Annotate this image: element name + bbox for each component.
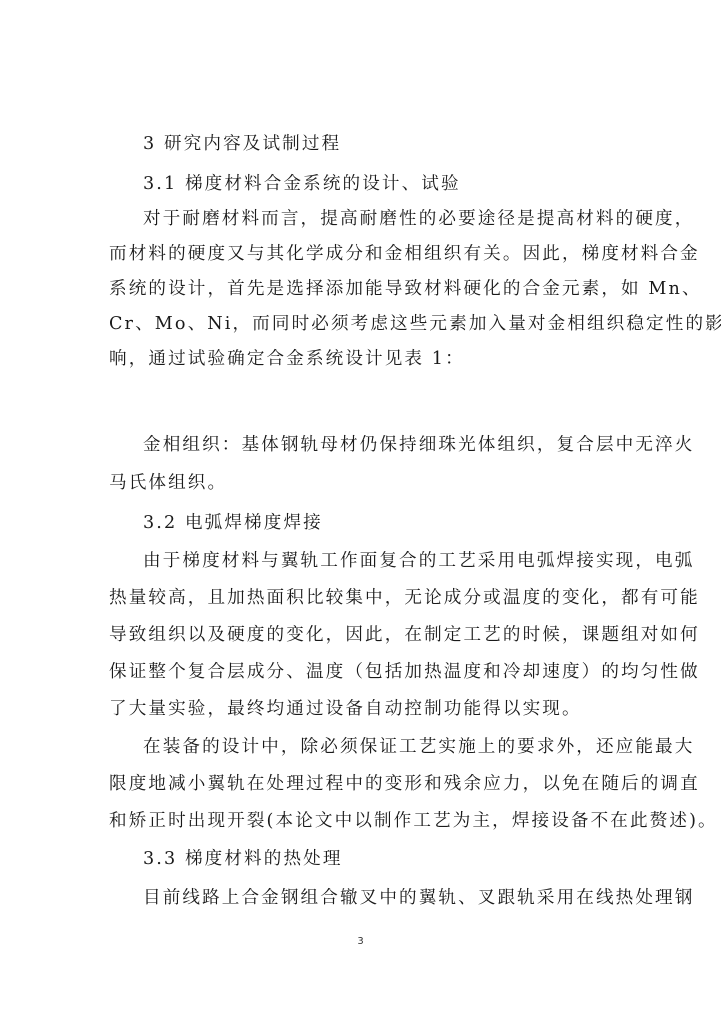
paragraph-line: 马氏体组织。 [109,472,612,494]
paragraph-line: 而材料的硬度又与其化学成分和金相组织有关。因此，梯度材料合金 [109,243,612,265]
paragraph-line: 了大量实验，最终均通过设备自动控制功能得以实现。 [109,698,612,720]
paragraph-line: 在装备的设计中，除必须保证工艺实施上的要求外，还应能最大 [143,736,612,758]
paragraph-line: Cr、Mo、Ni，而同时必须考虑这些元素加入量对金相组织稳定性的影 [109,313,612,335]
paragraph-line: 保证整个复合层成分、温度（包括加热温度和冷却速度）的均匀性做 [109,661,612,683]
section-heading-3-1: 3.1 梯度材料合金系统的设计、试验 [143,173,612,195]
paragraph-line: 目前线路上合金钢组合辙叉中的翼轨、叉跟轨采用在线热处理钢 [143,887,612,909]
paragraph-line: 热量较高，且加热面积比较集中，无论成分或温度的变化，都有可能 [109,587,612,609]
paragraph-line: 金相组织：基体钢轨母材仍保持细珠光体组织，复合层中无淬火 [143,434,612,456]
paragraph-line: 由于梯度材料与翼轨工作面复合的工艺采用电弧焊接实现，电弧 [143,550,612,572]
paragraph-line: 和矫正时出现开裂(本论文中以制作工艺为主，焊接设备不在此赘述)。 [109,810,612,832]
document-page: 3 研究内容及试制过程 3.1 梯度材料合金系统的设计、试验 对于耐磨材料而言，… [0,0,721,1020]
paragraph-line: 限度地减小翼轨在处理过程中的变形和残余应力，以免在随后的调直 [109,773,612,795]
page-number: 3 [0,936,721,947]
paragraph-line: 系统的设计，首先是选择添加能导致材料硬化的合金元素，如 Mn、 [109,278,612,300]
section-heading-3-2: 3.2 电弧焊梯度焊接 [143,512,612,534]
paragraph-line: 导致组织以及硬度的变化，因此，在制定工艺的时候，课题组对如何 [109,624,612,646]
section-heading-3-3: 3.3 梯度材料的热处理 [143,848,612,870]
paragraph-line: 响，通过试验确定合金系统设计见表 1： [109,348,612,370]
paragraph-line: 对于耐磨材料而言，提高耐磨性的必要途径是提高材料的硬度， [143,208,612,230]
section-heading-3: 3 研究内容及试制过程 [143,133,612,155]
